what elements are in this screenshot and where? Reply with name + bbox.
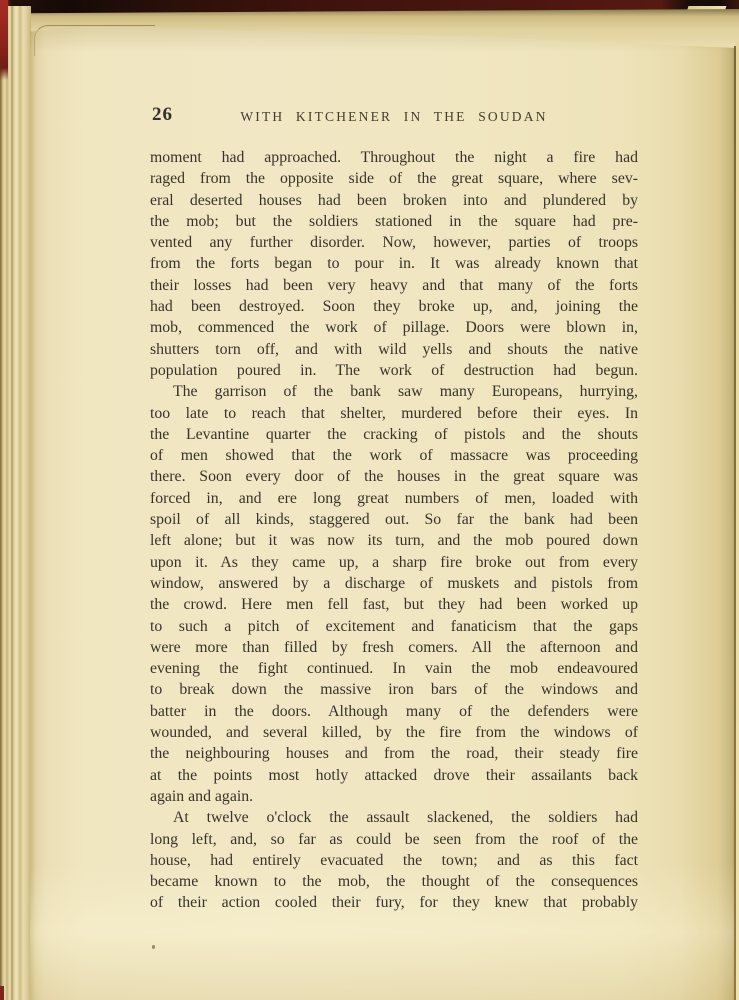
text-line: At twelve o'clock the assault slackened,… — [150, 807, 638, 828]
text-line: the Levantine quarter the cracking of pi… — [150, 424, 638, 445]
text-line: to break down the massive iron bars of t… — [150, 679, 638, 700]
book-cover-spine-sliver — [0, 0, 8, 80]
page-header: 26 WITH KITCHENER IN THE SOUDAN — [150, 104, 638, 127]
text-line: The garrison of the bank saw many Europe… — [150, 381, 638, 402]
page-text: moment had approached. Throughout the ni… — [150, 147, 638, 914]
text-line: there. Soon every door of the houses in … — [150, 466, 638, 487]
text-line: their losses had been very heavy and tha… — [150, 275, 638, 296]
text-line: left alone; but it was now its turn, and… — [150, 530, 638, 551]
text-line: too late to reach that shelter, murdered… — [150, 403, 638, 424]
book-page: 26 WITH KITCHENER IN THE SOUDAN moment h… — [30, 27, 736, 1000]
text-line: mob, commenced the work of pillage. Door… — [150, 317, 638, 338]
text-line: of men showed that the work of massacre … — [150, 445, 638, 466]
text-line: window, answered by a discharge of muske… — [150, 573, 638, 594]
text-line: the mob; but the soldiers stationed in t… — [150, 211, 638, 232]
page-number: 26 — [152, 104, 173, 126]
page-content: 26 WITH KITCHENER IN THE SOUDAN moment h… — [150, 27, 638, 914]
text-line: again and again. — [150, 786, 638, 807]
text-line: to such a pitch of excitement and fanati… — [150, 616, 638, 637]
text-line: of their action cooled their fury, for t… — [150, 892, 638, 913]
page-edges-spine — [0, 6, 31, 1000]
text-line: batter in the doors. Although many of th… — [150, 701, 638, 722]
text-line: moment had approached. Throughout the ni… — [150, 147, 638, 168]
text-line: evening the fight continued. In vain the… — [150, 658, 638, 679]
page-corner-outline — [34, 25, 155, 56]
text-line: forced in, and ere long great numbers of… — [150, 488, 638, 509]
text-line: spoil of all kinds, staggered out. So fa… — [150, 509, 638, 530]
running-title: WITH KITCHENER IN THE SOUDAN — [150, 104, 638, 125]
book-cover-bottom-sliver — [0, 986, 4, 1000]
text-line: the neighbouring houses and from the roa… — [150, 743, 638, 764]
text-line: population poured in. The work of destru… — [150, 360, 638, 381]
text-line: were more than filled by fresh comers. A… — [150, 637, 638, 658]
text-line: eral deserted houses had been broken int… — [150, 190, 638, 211]
text-line: had been destroyed. Soon they broke up, … — [150, 296, 638, 317]
text-line: shutters torn off, and with wild yells a… — [150, 339, 638, 360]
text-line: long left, and, so far as could be seen … — [150, 829, 638, 850]
text-line: the crowd. Here men fell fast, but they … — [150, 594, 638, 615]
text-line: house, had entirely evacuated the town; … — [150, 850, 638, 871]
text-line: upon it. As they came up, a sharp fire b… — [150, 552, 638, 573]
text-line: vented any further disorder. Now, howeve… — [150, 232, 638, 253]
text-line: at the points most hotly attacked drove … — [150, 765, 638, 786]
text-line: became known to the mob, the thought of … — [150, 871, 638, 892]
text-line: from the forts began to pour in. It was … — [150, 253, 638, 274]
text-line: wounded, and several killed, by the fire… — [150, 722, 638, 743]
text-line: raged from the opposite side of the grea… — [150, 168, 638, 189]
